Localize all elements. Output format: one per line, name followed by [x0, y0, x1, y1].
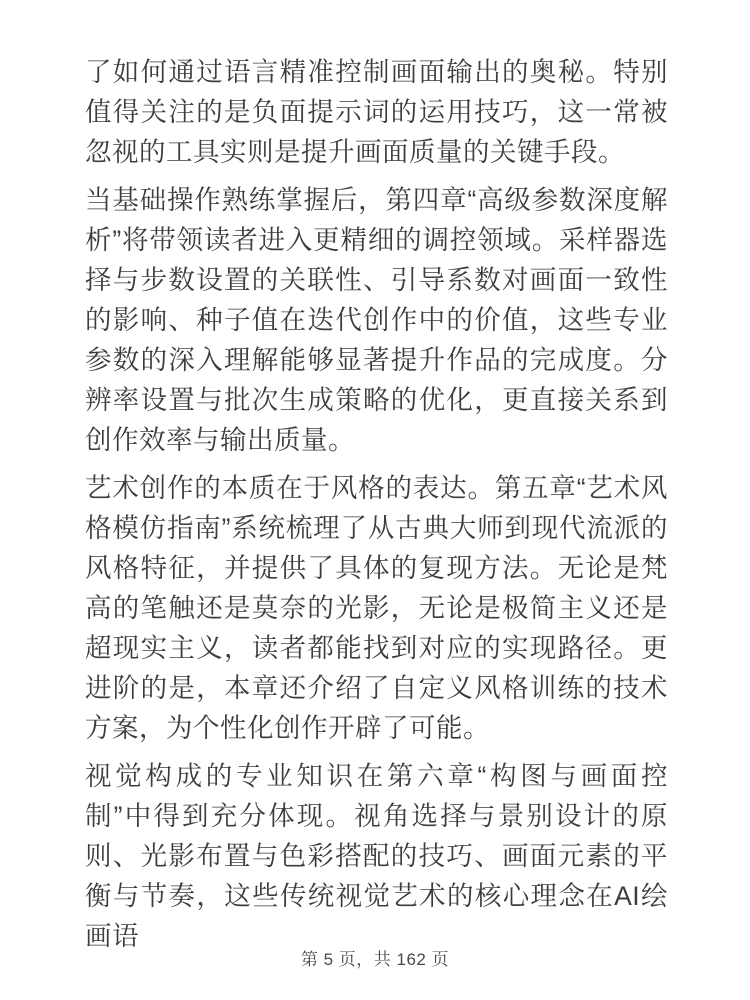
- body-paragraph: 了如何通过语言精准控制画面输出的奥秘。特别值得关注的是负面提示词的运用技巧，这一…: [85, 52, 668, 172]
- page-content: 了如何通过语言精准控制画面输出的奥秘。特别值得关注的是负面提示词的运用技巧，这一…: [85, 52, 668, 964]
- body-paragraph: 当基础操作熟练掌握后，第四章“高级参数深度解析”将带领读者进入更精细的调控领域。…: [85, 180, 668, 460]
- body-paragraph: 视觉构成的专业知识在第六章“构图与画面控制”中得到充分体现。视角选择与景别设计的…: [85, 756, 668, 956]
- page-number-indicator: 第 5 页，共 162 页: [0, 950, 750, 970]
- document-page: 了如何通过语言精准控制画面输出的奥秘。特别值得关注的是负面提示词的运用技巧，这一…: [0, 0, 750, 1000]
- body-paragraph: 艺术创作的本质在于风格的表达。第五章“艺术风格模仿指南”系统梳理了从古典大师到现…: [85, 468, 668, 748]
